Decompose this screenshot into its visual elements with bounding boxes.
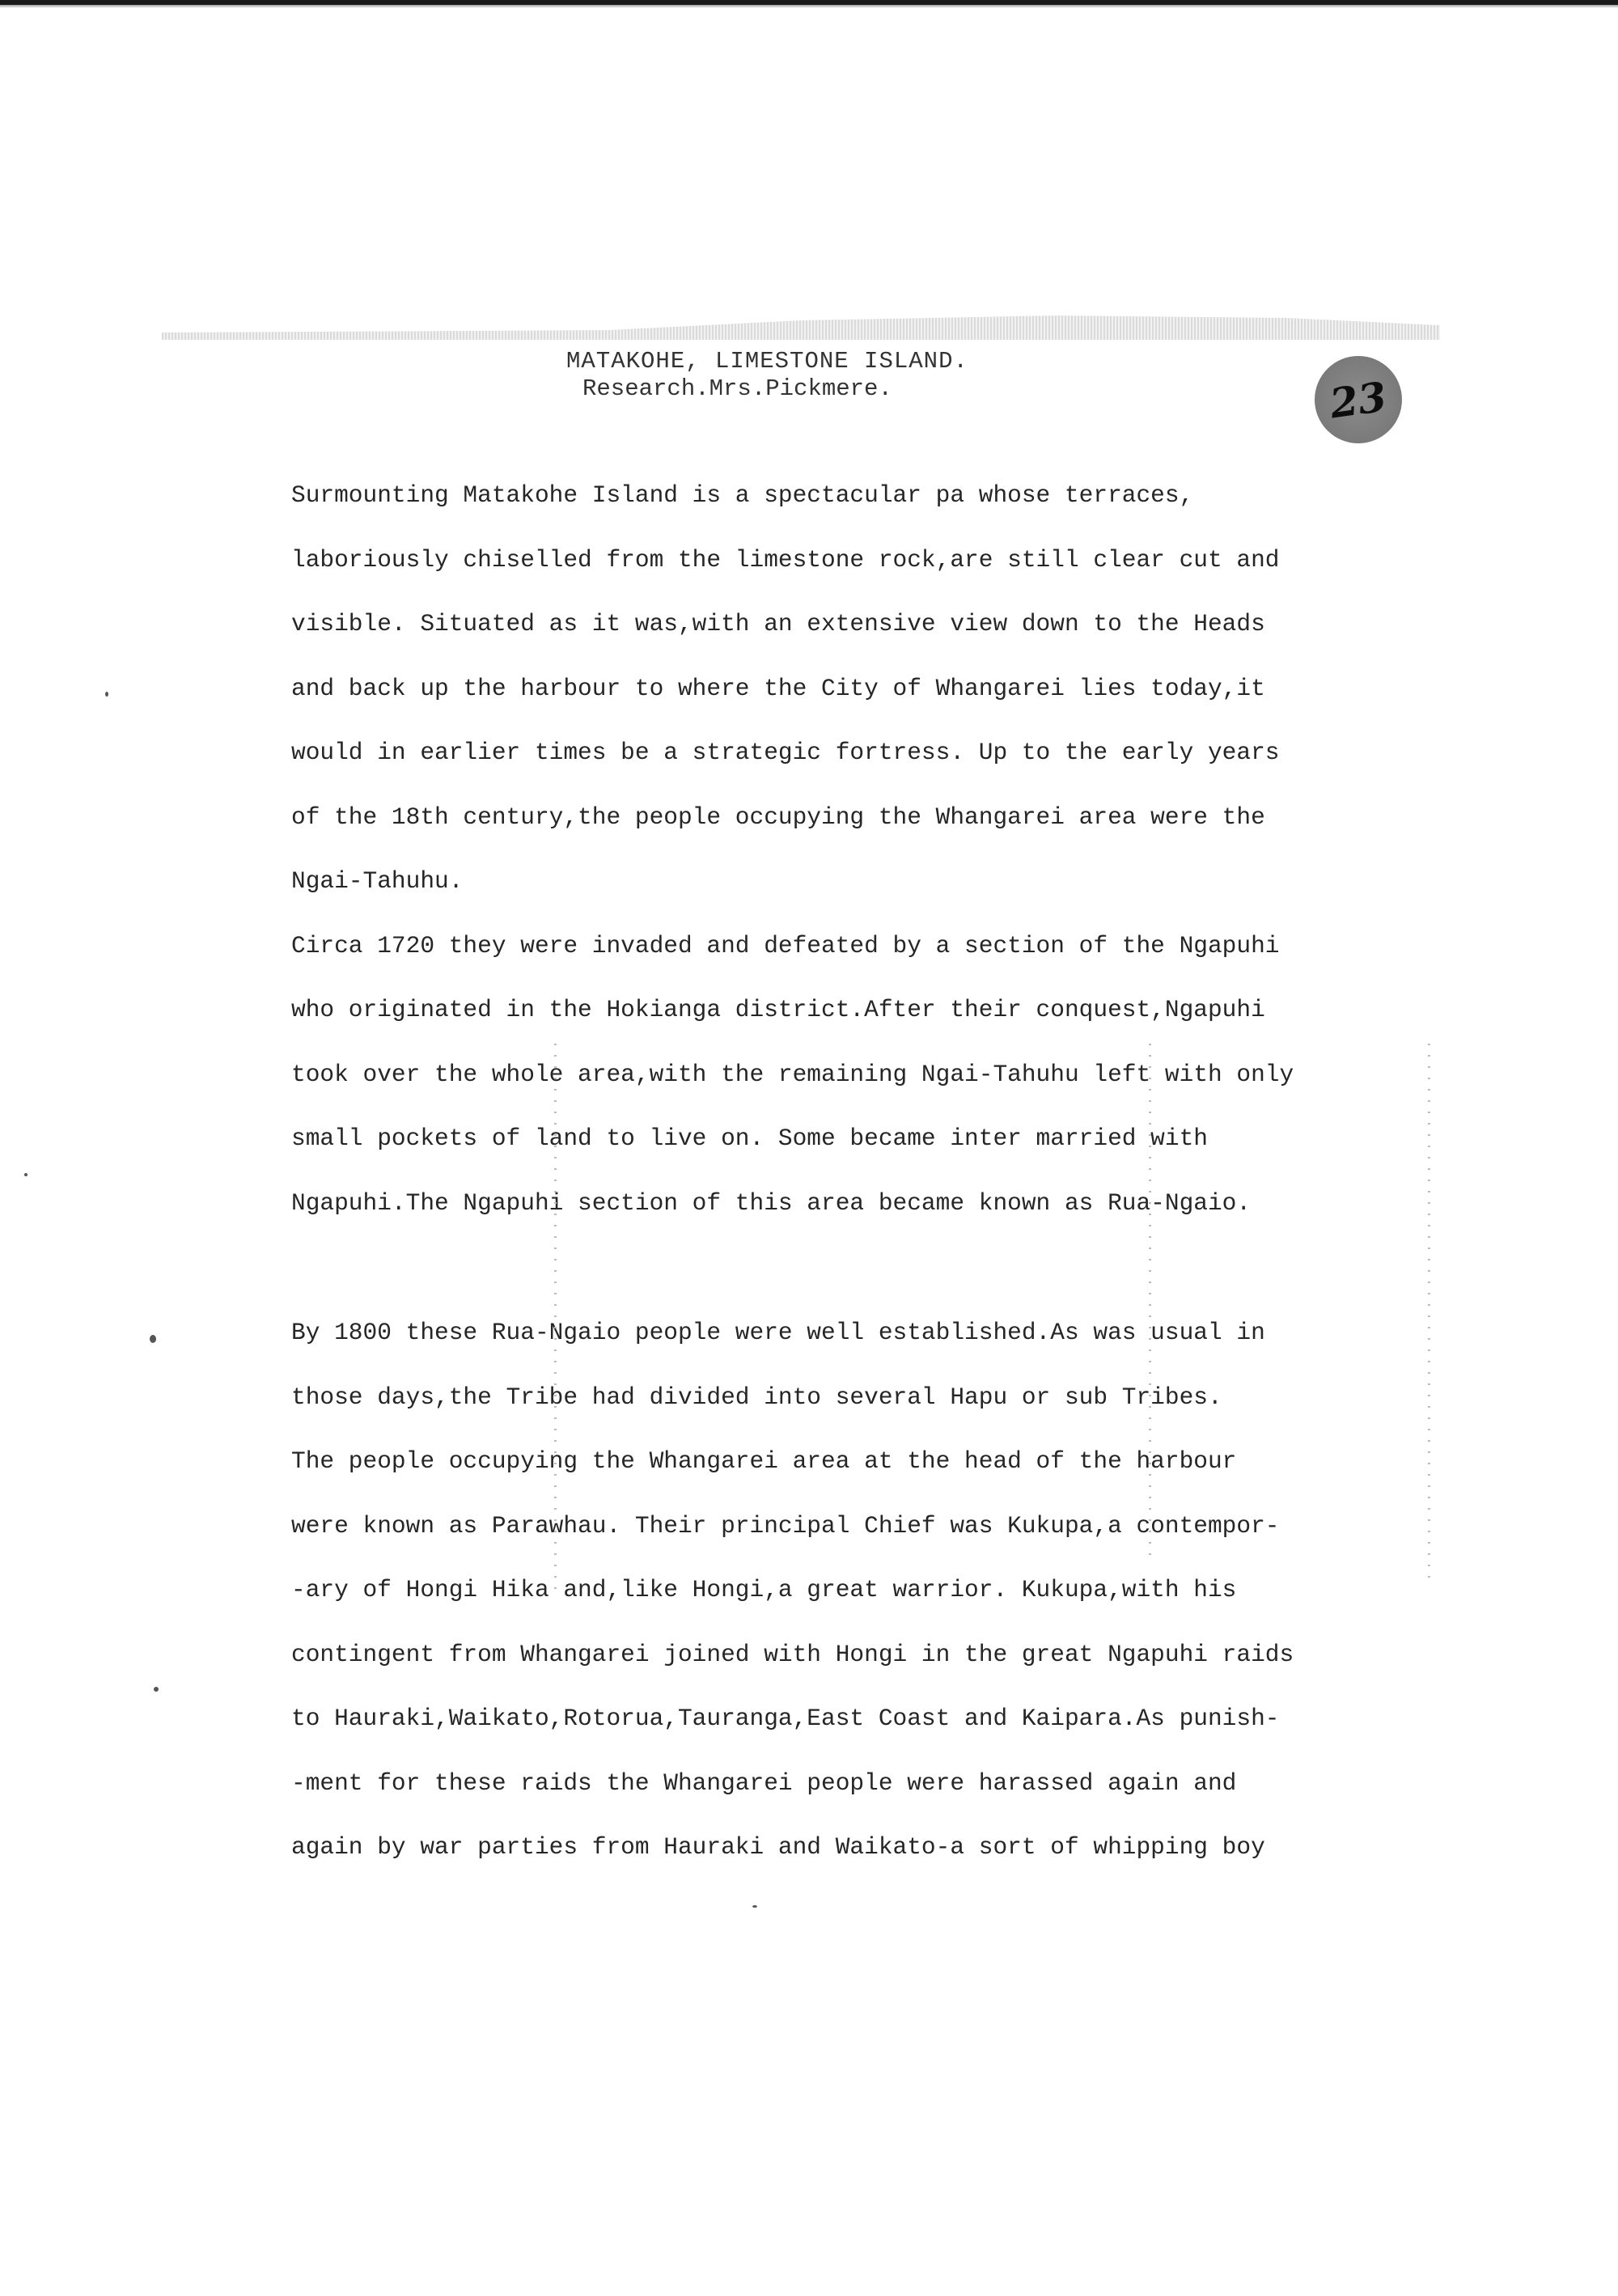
text-line: The people occupying the Whangarei area …	[291, 1451, 1456, 1472]
text-line: contingent from Whangarei joined with Ho…	[291, 1644, 1456, 1666]
text-line: By 1800 these Rua-Ngaio people were well…	[291, 1322, 1456, 1344]
paragraph-1: Surmounting Matakohe Island is a spectac…	[291, 442, 1456, 1256]
text-line: who originated in the Hokianga district.…	[291, 999, 1456, 1021]
text-line: were known as Parawhau. Their principal …	[291, 1515, 1456, 1537]
scan-speck	[150, 1335, 156, 1343]
text-line: of the 18th century,the people occupying…	[291, 807, 1456, 828]
text-line: would in earlier times be a strategic fo…	[291, 742, 1456, 764]
text-line: Ngai-Tahuhu.	[291, 871, 1456, 892]
scan-speck	[105, 692, 108, 697]
scan-speck	[154, 1687, 159, 1692]
scan-speck	[24, 1173, 28, 1176]
text-line: again by war parties from Hauraki and Wa…	[291, 1836, 1456, 1858]
text-line: -ary of Hongi Hika and,like Hongi,a grea…	[291, 1579, 1456, 1601]
typed-document: MATAKOHE, LIMESTONE ISLAND. Research.Mrs…	[291, 348, 1456, 1901]
paragraph-2: By 1800 these Rua-Ngaio people were well…	[291, 1279, 1456, 1901]
text-line: small pockets of land to live on. Some b…	[291, 1128, 1456, 1150]
scan-speck	[752, 1905, 757, 1908]
photocopy-shadow-band	[162, 316, 1440, 340]
text-line: Surmounting Matakohe Island is a spectac…	[291, 485, 1456, 506]
scan-top-edge-shadow	[0, 5, 1618, 8]
text-line: -ment for these raids the Whangarei peop…	[291, 1773, 1456, 1794]
text-line: visible. Situated as it was,with an exte…	[291, 613, 1456, 635]
text-line: Circa 1720 they were invaded and defeate…	[291, 935, 1456, 957]
text-line: Ngapuhi.The Ngapuhi section of this area…	[291, 1192, 1456, 1214]
scan-artifact-dots	[1149, 1044, 1151, 1561]
scan-artifact-dots	[554, 1044, 557, 1594]
text-line: to Hauraki,Waikato,Rotorua,Tauranga,East…	[291, 1708, 1456, 1730]
scan-artifact-dots	[1428, 1044, 1430, 1586]
text-line: took over the whole area,with the remain…	[291, 1064, 1456, 1086]
document-subtitle: Research.Mrs.Pickmere.	[582, 375, 1456, 403]
document-title: MATAKOHE, LIMESTONE ISLAND.	[566, 348, 1456, 375]
text-line: and back up the harbour to where the Cit…	[291, 678, 1456, 700]
text-line: those days,the Tribe had divided into se…	[291, 1387, 1456, 1409]
text-line: laboriously chiselled from the limestone…	[291, 549, 1456, 571]
